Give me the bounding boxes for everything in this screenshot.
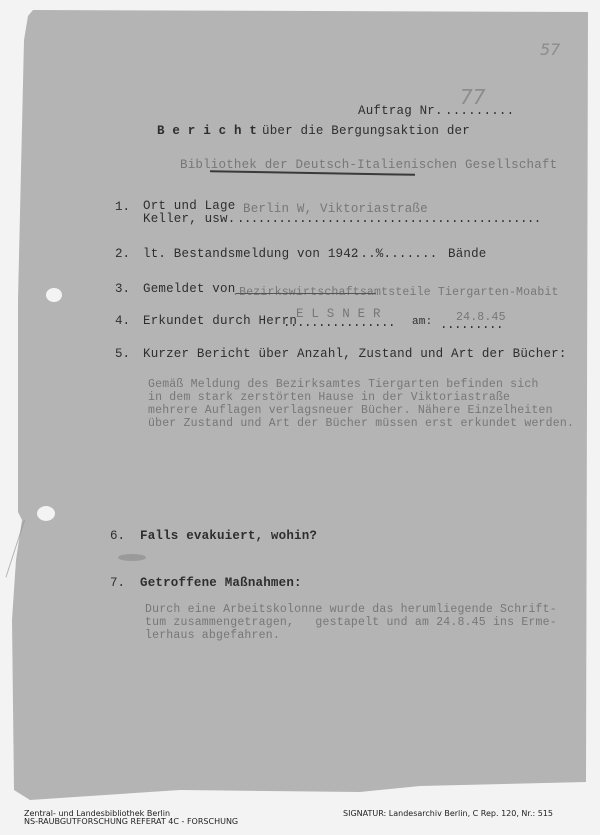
item-4-date-label: am: xyxy=(412,316,432,328)
item-4-number: 4. xyxy=(115,314,130,328)
order-number-label: Auftrag Nr. xyxy=(358,104,443,118)
report-title-rest: über die Bergungsaktion der xyxy=(262,124,470,138)
item-1-dots: ........................................… xyxy=(237,212,541,226)
item-4-date-dots: ......... xyxy=(440,318,503,332)
punch-hole xyxy=(46,288,62,302)
item-7-text-line: lerhaus abgefahren. xyxy=(145,629,280,642)
item-1-label-line1: Ort und Lage xyxy=(143,199,235,213)
item-3-label: Gemeldet von xyxy=(143,282,235,296)
item-5-text-line: in dem stark zerstörten Hause in der Vik… xyxy=(148,391,510,404)
item-4-dots: ................ xyxy=(283,316,395,330)
order-number-dots: ......... xyxy=(445,104,514,118)
item-5-text-line: mehrere Auflagen verlagsneuer Bücher. Nä… xyxy=(148,404,553,417)
item-2-dots: ....%....... xyxy=(345,247,437,261)
item-5-text-line: über Zustand und Art der Bücher müssen e… xyxy=(148,417,574,430)
item-7-number: 7. xyxy=(110,576,125,590)
pencil-page-number: 57 xyxy=(540,40,560,59)
item-2-number: 2. xyxy=(115,247,130,261)
scanned-document-page: 57 77 Auftrag Nr. ......... B e r i c h … xyxy=(0,0,600,835)
item-7-text-line: Durch eine Arbeitskolonne wurde das heru… xyxy=(145,603,557,616)
item-2-suffix: Bände xyxy=(448,247,487,261)
item-5-number: 5. xyxy=(115,347,130,361)
item-7-text-line: tum zusammengetragen, gestapelt und am 2… xyxy=(145,616,557,629)
punch-hole xyxy=(37,506,55,521)
ink-smudge xyxy=(118,554,146,561)
item-5-label: Kurzer Bericht über Anzahl, Zustand und … xyxy=(143,347,567,361)
item-7-label: Getroffene Maßnahmen: xyxy=(140,576,302,590)
item-6-number: 6. xyxy=(110,529,125,543)
strikethrough-line xyxy=(236,293,376,294)
footer-signature: SIGNATUR: Landesarchiv Berlin, C Rep. 12… xyxy=(343,809,553,818)
item-5-text-line: Gemäß Meldung des Bezirksamtes Tiergarte… xyxy=(148,378,539,391)
item-4-label: Erkundet durch Herrn xyxy=(143,314,297,328)
item-1-number: 1. xyxy=(115,200,130,214)
footer-institution-line2: NS-RAUBGUTFORSCHUNG REFERAT 4C - FORSCHU… xyxy=(24,817,238,826)
item-1-label-line2: Keller, usw. xyxy=(143,212,235,226)
item-3-number: 3. xyxy=(115,282,130,296)
item-2-label: lt. Bestandsmeldung von 1942 xyxy=(143,247,359,261)
report-title-spaced: B e r i c h t xyxy=(157,124,257,138)
item-6-label: Falls evakuiert, wohin? xyxy=(140,529,317,543)
